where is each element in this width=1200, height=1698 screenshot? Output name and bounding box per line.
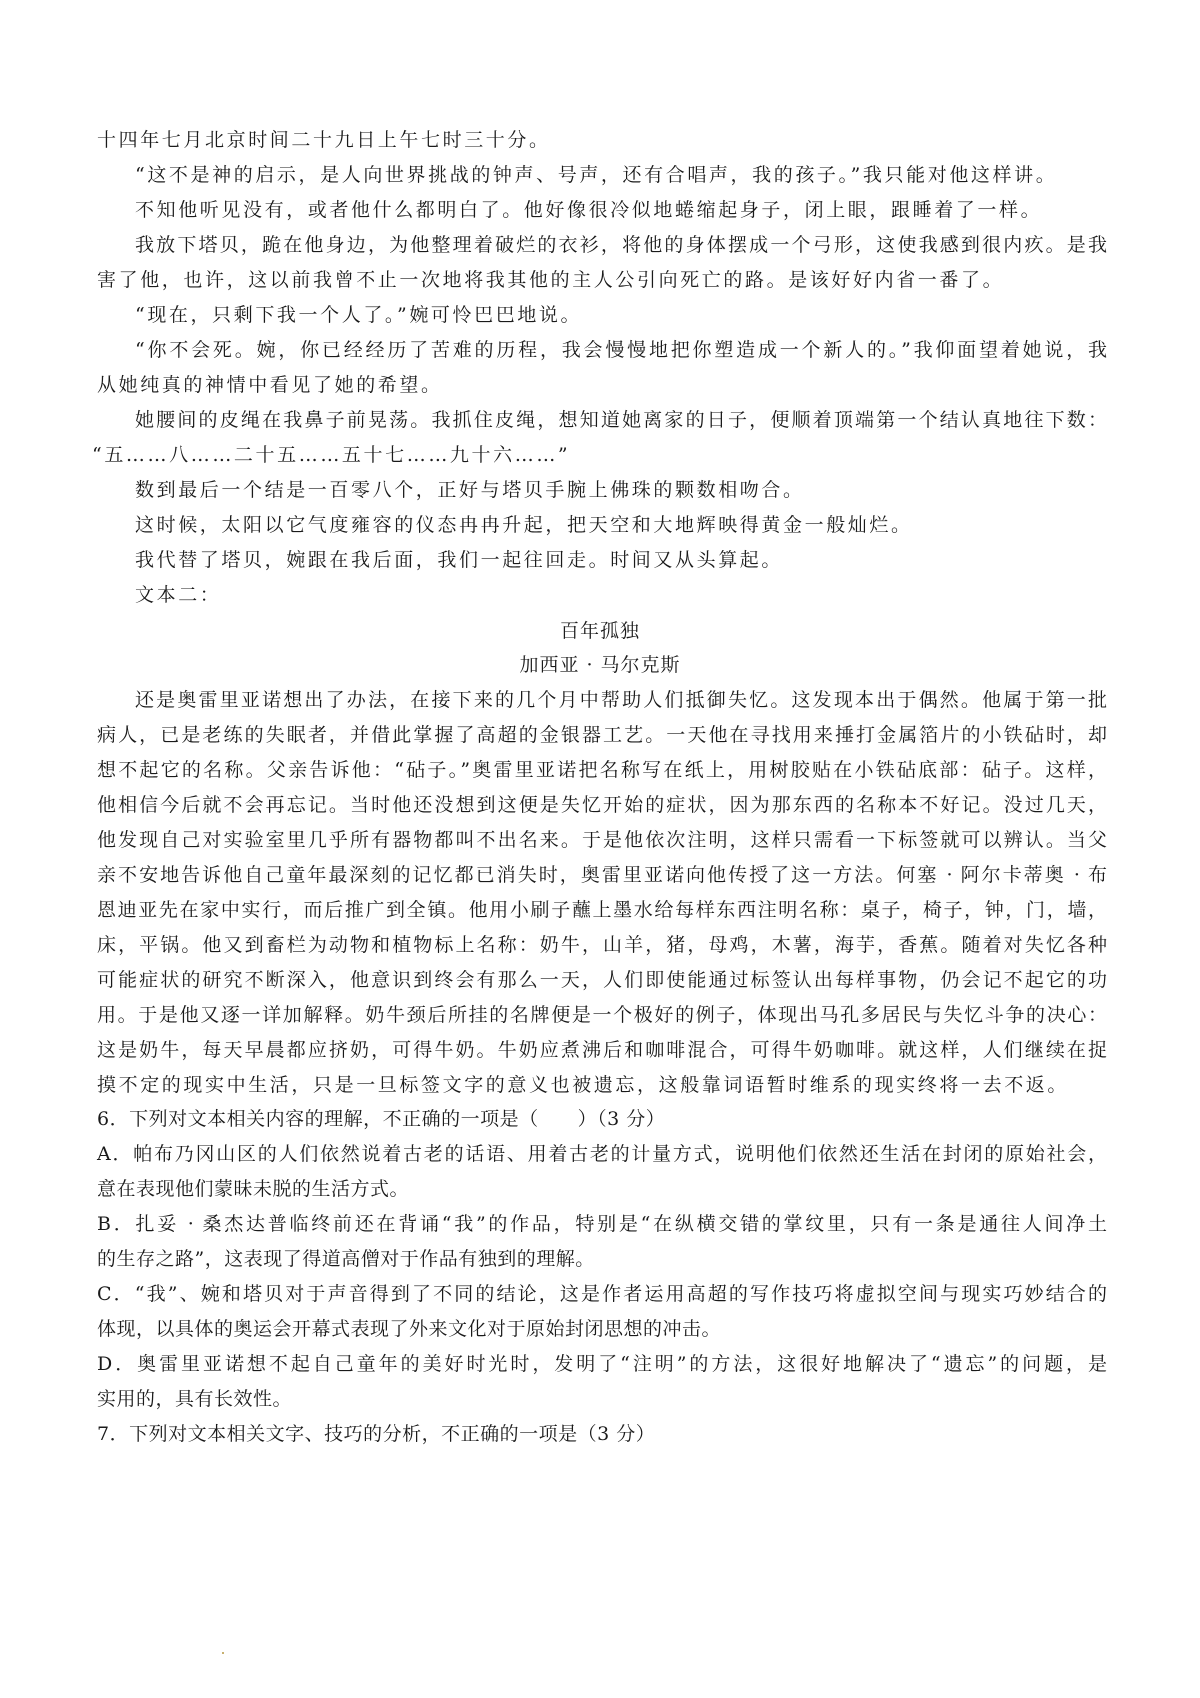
paragraph-line: 她腰间的皮绳在我鼻子前晃荡。我抓住皮绳，想知道她离家的日子，便顺着顶端第一个结认… [135, 407, 1107, 433]
paragraph-line: 这是奶牛，每天早晨都应挤奶，可得牛奶。牛奶应煮沸后和咖啡混合，可得牛奶咖啡。就这… [97, 1037, 1107, 1063]
paragraph-line: 摸不定的现实中生活，只是一旦标签文字的意义也被遗忘，这般靠词语暂时维系的现实终将… [97, 1072, 1107, 1098]
question-6-option-d-cont: 实用的，具有长效性。 [97, 1386, 1107, 1412]
paragraph-line: “这不是神的启示，是人向世界挑战的钟声、号声，还有合唱声，我的孩子。”我只能对他… [135, 162, 1107, 188]
paragraph-line: “现在，只剩下我一个人了。”婉可怜巴巴地说。 [135, 302, 1107, 328]
work-title: 百年孤独 [0, 618, 1200, 644]
paragraph-line: 不知他听见没有，或者他什么都明白了。他好像很冷似地蜷缩起身子，闭上眼，跟睡着了一… [135, 197, 1107, 223]
question-6-option-a-cont: 意在表现他们蒙昧未脱的生活方式。 [97, 1176, 1107, 1202]
paragraph-line: “你不会死。婉，你已经经历了苦难的历程，我会慢慢地把你塑造成一个新人的。”我仰面… [135, 337, 1107, 363]
exam-page: 十四年七月北京时间二十九日上午七时三十分。 “这不是神的启示，是人向世界挑战的钟… [0, 0, 1200, 1698]
paragraph-line: 想不起它的名称。父亲告诉他：“砧子。”奥雷里亚诺把名称写在纸上，用树胶贴在小铁砧… [97, 757, 1107, 783]
paragraph-line: 用。于是他又逐一详加解释。奶牛颈后所挂的名牌便是一个极好的例子，体现出马孔多居民… [97, 1002, 1107, 1028]
paragraph-line: 可能症状的研究不断深入，他意识到终会有那么一天，人们即使能通过标签认出每样事物，… [97, 967, 1107, 993]
paragraph-line: 恩迪亚先在家中实行，而后推广到全镇。他用小刷子蘸上墨水给每样东西注明名称：桌子，… [97, 897, 1107, 923]
question-6-stem: 6．下列对文本相关内容的理解，不正确的一项是（ ）（3 分） [97, 1106, 1107, 1132]
paragraph-line: 十四年七月北京时间二十九日上午七时三十分。 [97, 127, 1107, 153]
paragraph-line: 数到最后一个结是一百零八个，正好与塔贝手腕上佛珠的颗数相吻合。 [135, 477, 1107, 503]
paragraph-line: 他发现自己对实验室里几乎所有器物都叫不出名来。于是他依次注明，这样只需看一下标签… [97, 827, 1107, 853]
paragraph-line: 我放下塔贝，跪在他身边，为他整理着破烂的衣衫，将他的身体摆成一个弓形，这使我感到… [135, 232, 1107, 258]
paragraph-line: 从她纯真的神情中看见了她的希望。 [97, 372, 1107, 398]
paragraph-line: 还是奥雷里亚诺想出了办法，在接下来的几个月中帮助人们抵御失忆。这发现本出于偶然。… [135, 687, 1107, 713]
question-6-option-b: B．扎妥 · 桑杰达普临终前还在背诵“我”的作品，特别是“在纵横交错的掌纹里，只… [97, 1211, 1107, 1237]
question-6-option-d: D．奥雷里亚诺想不起自己童年的美好时光时，发明了“注明”的方法，这很好地解决了“… [97, 1351, 1107, 1377]
section-label: 文本二： [135, 582, 1107, 608]
question-6-option-c-cont: 体现，以具体的奥运会开幕式表现了外来文化对于原始封闭思想的冲击。 [97, 1316, 1107, 1342]
paragraph-line: 我代替了塔贝，婉跟在我后面，我们一起往回走。时间又从头算起。 [135, 547, 1107, 573]
paragraph-line: 他相信今后就不会再忘记。当时他还没想到这便是失忆开始的症状，因为那东西的名称本不… [97, 792, 1107, 818]
paragraph-line: 病人，已是老练的失眠者，并借此掌握了高超的金银器工艺。一天他在寻找用来捶打金属箔… [97, 722, 1107, 748]
question-6-option-b-cont: 的生存之路”，这表现了得道高僧对于作品有独到的理解。 [97, 1246, 1107, 1272]
paragraph-line: 床，平锅。他又到畜栏为动物和植物标上名称：奶牛，山羊，猪，母鸡，木薯，海芋，香蕉… [97, 932, 1107, 958]
scan-artifact-dot [222, 1652, 224, 1654]
paragraph-line: 这时候，太阳以它气度雍容的仪态冉冉升起，把天空和大地辉映得黄金一般灿烂。 [135, 512, 1107, 538]
paragraph-line: “五……八……二十五……五十七……九十六……” [92, 442, 1102, 468]
question-6-option-c: C．“我”、婉和塔贝对于声音得到了不同的结论，这是作者运用高超的写作技巧将虚拟空… [97, 1281, 1107, 1307]
work-author: 加西亚 · 马尔克斯 [0, 652, 1200, 678]
paragraph-line: 亲不安地告诉他自己童年最深刻的记忆都已消失时，奥雷里亚诺向他传授了这一方法。何塞… [97, 862, 1107, 888]
paragraph-line: 害了他，也许，这以前我曾不止一次地将我其他的主人公引向死亡的路。是该好好内省一番… [97, 267, 1107, 293]
question-7-stem: 7．下列对文本相关文字、技巧的分析，不正确的一项是（3 分） [97, 1421, 1107, 1447]
question-6-option-a: A．帕布乃冈山区的人们依然说着古老的话语、用着古老的计量方式，说明他们依然还生活… [97, 1141, 1107, 1167]
